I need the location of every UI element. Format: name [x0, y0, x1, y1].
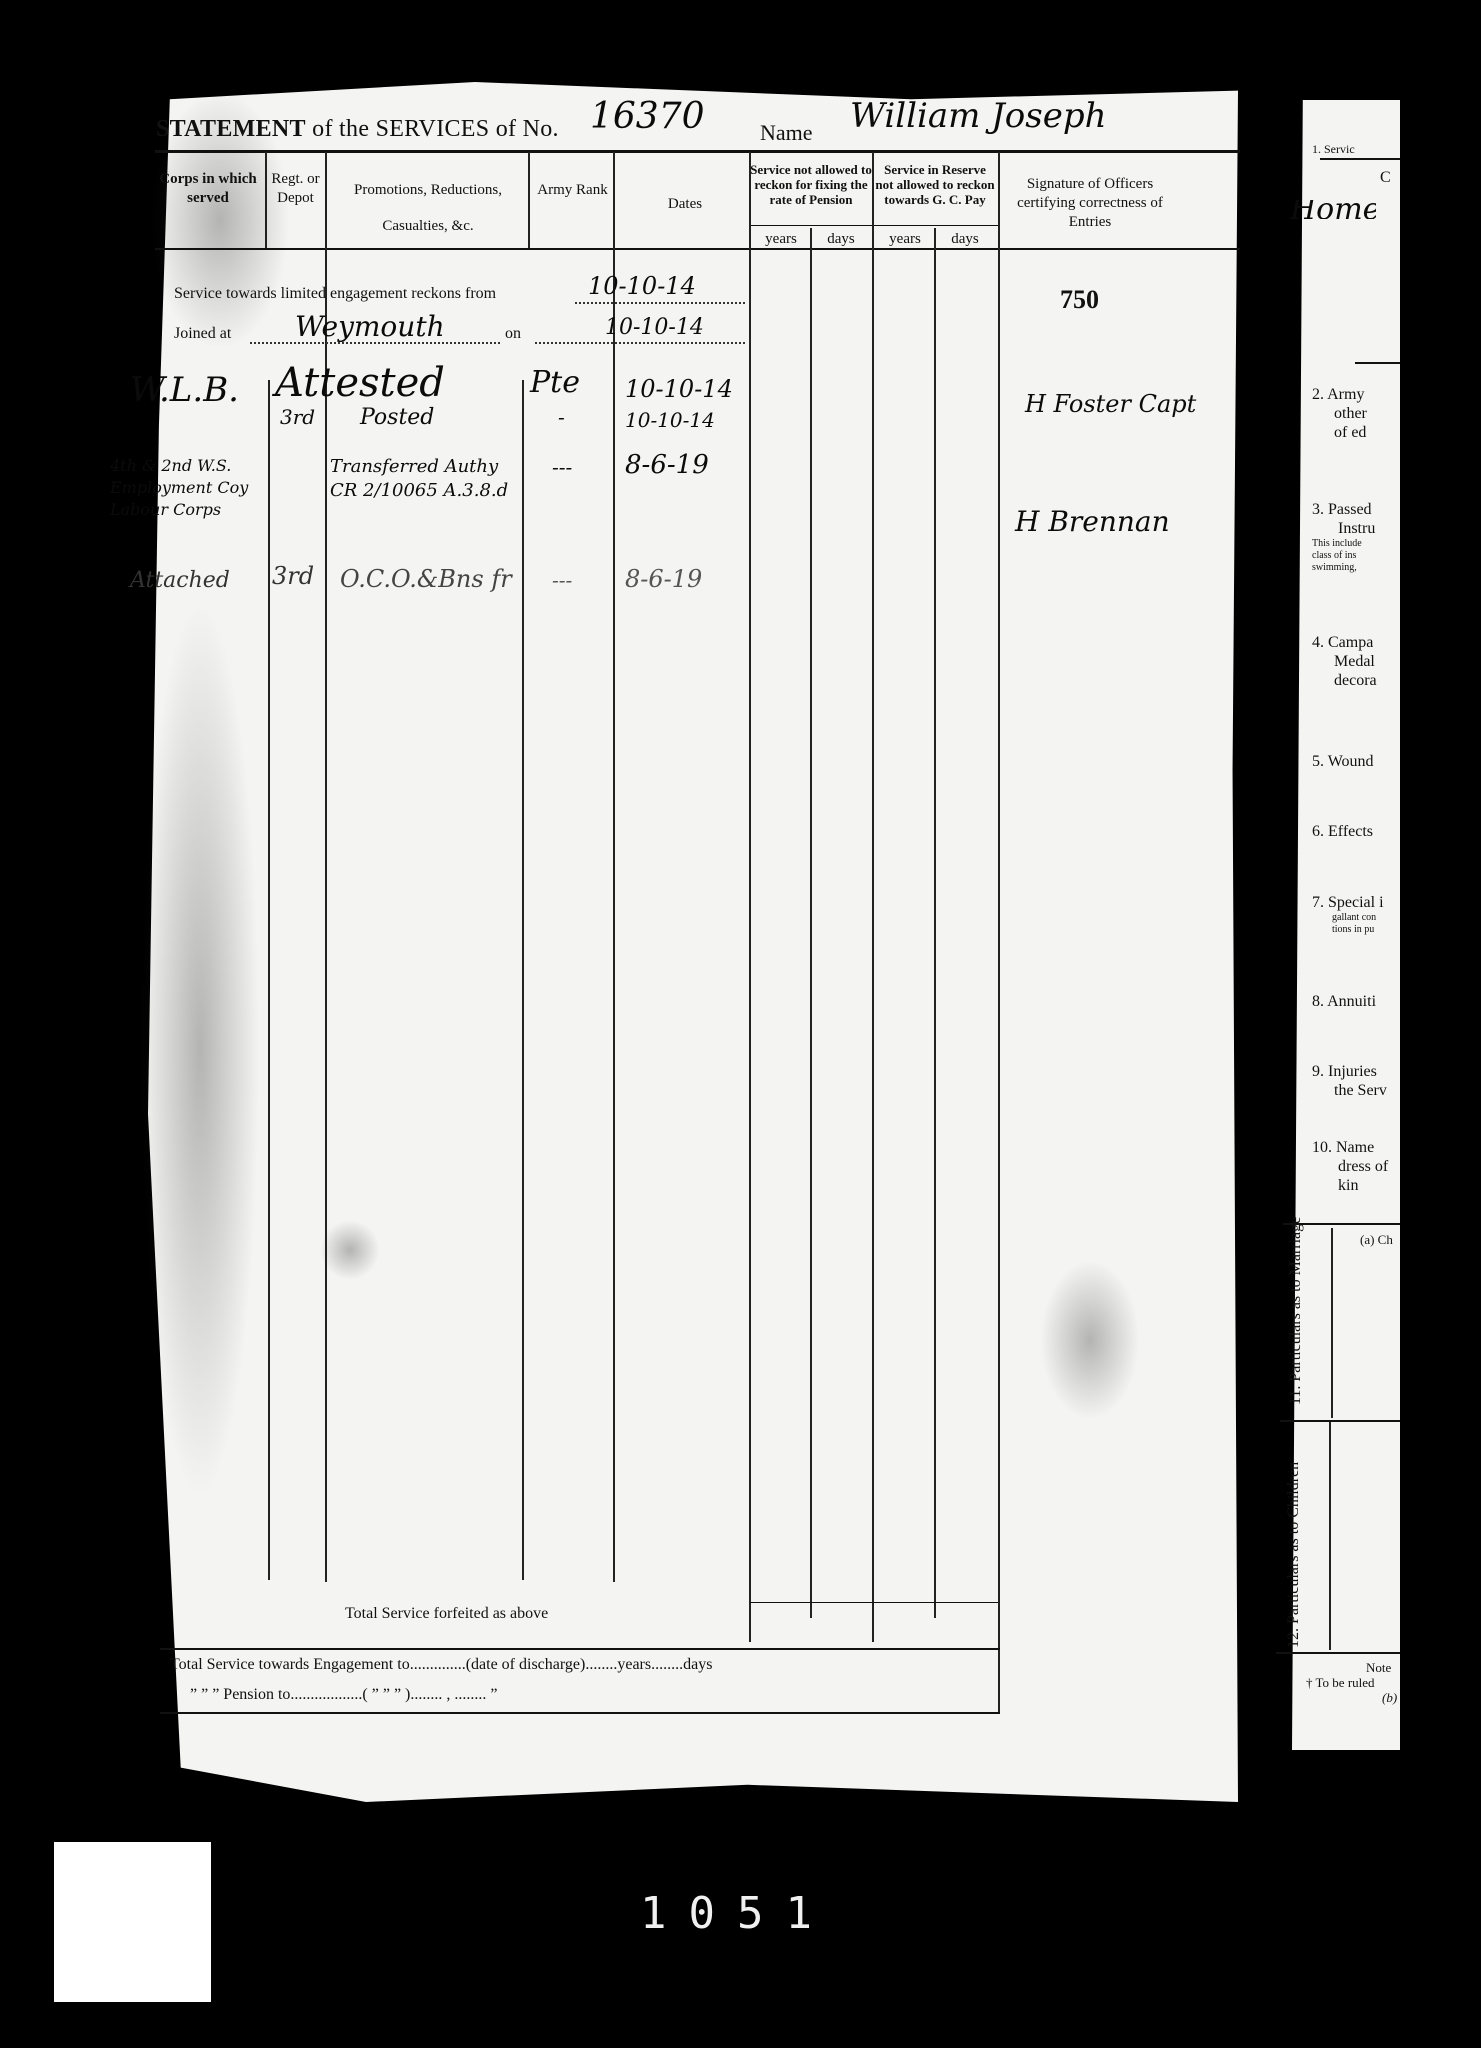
row3-rank: --- — [552, 455, 572, 479]
strip-rule — [1276, 1652, 1400, 1654]
col-army-rank: Army Rank — [530, 172, 615, 208]
col-years-1: years — [752, 230, 810, 249]
col-corps: Corps in which served — [158, 170, 258, 208]
frame-counter: 1051 — [640, 1888, 834, 1939]
strip-item-10: 10. Namedress ofkin — [1312, 1138, 1398, 1195]
row2-event: Posted — [360, 405, 434, 430]
strip-item-8: 8. Annuiti — [1312, 992, 1398, 1011]
title-prefix: STATEMENT — [156, 116, 306, 142]
row4-rank: --- — [552, 568, 572, 592]
row3-event: Transferred Authy CR 2/10065 A.3.8.d — [330, 455, 520, 503]
strip-home-entry: Home — [1290, 200, 1376, 219]
row4-corps: Attached — [130, 568, 230, 593]
signature-2: H Brennan — [1015, 505, 1170, 538]
name-label: Name — [760, 120, 813, 146]
footer-bottom-rule — [160, 1712, 1000, 1714]
row1-rank: Pte — [530, 365, 580, 400]
strip-rule — [1280, 1420, 1400, 1422]
children-label: 12. Particulars as to Children — [1285, 1462, 1303, 1648]
col-days-2: days — [936, 230, 994, 249]
stain — [1040, 1260, 1140, 1420]
strip-note: Note — [1366, 1660, 1391, 1676]
dotted-leader — [535, 342, 745, 344]
strip-item-c: C — [1380, 168, 1466, 187]
strip-item-9: 9. Injuriesthe Serv — [1312, 1062, 1398, 1100]
totals-bottom-rule — [160, 1648, 1000, 1650]
joined-label: Joined at — [174, 325, 231, 343]
joined-place: Weymouth — [295, 310, 445, 343]
strip-rule — [1320, 158, 1400, 160]
stamp-number: 750 — [1060, 285, 1099, 315]
row1-event: Attested — [275, 360, 445, 406]
row3-corps: 4th & 2nd W.S. Employment Coy Labour Cor… — [110, 455, 270, 521]
strip-item-1: 1. Servic — [1312, 140, 1398, 159]
row2-regt: 3rd — [280, 405, 315, 429]
strip-child-col: (a) Ch — [1360, 1232, 1393, 1248]
col-divider — [522, 380, 524, 1580]
row1-corps: W.L.B. — [130, 370, 239, 410]
col-service-not-allowed: Service not allowed to reckon for fixing… — [750, 162, 872, 207]
col-divider — [872, 152, 874, 1642]
footer-engagement-line: Total Service towards Engagement to.....… — [170, 1656, 712, 1674]
col-divider — [268, 380, 270, 1580]
joined-on-label: on — [505, 325, 521, 343]
col-divider — [934, 228, 936, 1618]
stain — [320, 1220, 380, 1280]
signature-1: H Foster Capt — [1025, 390, 1196, 418]
strip-item-2: 2. Armyotherof ed — [1312, 385, 1398, 442]
strip-item-4: 4. CampaMedaldecora — [1312, 633, 1398, 690]
row4-date: 8-6-19 — [625, 565, 702, 593]
limited-engagement-label: Service towards limited engagement recko… — [174, 285, 496, 303]
col-service-in-reserve: Service in Reserve not allowed to reckon… — [874, 162, 996, 207]
strip-item-3: 3. PassedInstruThis includeclass of inss… — [1312, 500, 1398, 574]
footer-pension-line: ” ” ” Pension to..................( ” ” … — [190, 1686, 497, 1704]
row1-date: 10-10-14 — [625, 375, 733, 403]
marriage-label: 11. Particulars as to Marriage — [1287, 1217, 1305, 1405]
page-title: STATEMENT of the SERVICES of No. — [156, 116, 559, 143]
col-divider — [749, 152, 751, 1642]
header-top-rule — [155, 150, 1240, 153]
limited-engagement-value: 10-10-14 — [588, 272, 696, 300]
strip-item-5: 5. Wound — [1312, 752, 1398, 771]
col-divider — [613, 152, 615, 1582]
col-signature: Signature of Officers certifying correct… — [1000, 175, 1180, 232]
strip-divider — [1329, 1422, 1331, 1650]
subheader-rule — [750, 225, 1000, 226]
col-years-2: years — [876, 230, 934, 249]
col-divider — [810, 228, 812, 1618]
totals-rule — [750, 1602, 998, 1603]
strip-note: † To be ruled — [1306, 1675, 1375, 1691]
service-number: 16370 — [590, 96, 705, 137]
col-promotions: Promotions, Reductions, Casualties, &c. — [328, 172, 528, 244]
strip-item-6: 6. Effects — [1312, 822, 1398, 841]
strip-note: (b) — [1382, 1690, 1397, 1706]
row2-date: 10-10-14 — [625, 408, 715, 432]
title-text: of the SERVICES of No. — [312, 116, 559, 142]
col-regt: Regt. or Depot — [268, 170, 323, 208]
col-divider — [998, 152, 1000, 1712]
row4-regt: 3rd — [272, 562, 314, 590]
row2-rank: - — [558, 405, 565, 429]
header-bottom-rule — [155, 248, 1240, 250]
col-dates: Dates — [620, 195, 750, 214]
col-divider — [528, 152, 530, 248]
strip-rule — [1355, 362, 1400, 364]
total-forfeited-label: Total Service forfeited as above — [345, 1605, 548, 1623]
row4-event: O.C.O.&Bns fr — [340, 565, 512, 593]
name-value: William Joseph — [850, 96, 1107, 136]
col-days-1: days — [812, 230, 870, 249]
calibration-card — [54, 1842, 211, 2002]
strip-divider — [1331, 1228, 1333, 1418]
stain — [140, 600, 260, 1500]
strip-item-7: 7. Special igallant contions in pu — [1312, 893, 1398, 936]
joined-date: 10-10-14 — [605, 315, 704, 340]
dotted-leader — [575, 302, 745, 304]
col-divider — [265, 152, 267, 248]
row3-date: 8-6-19 — [625, 450, 709, 480]
